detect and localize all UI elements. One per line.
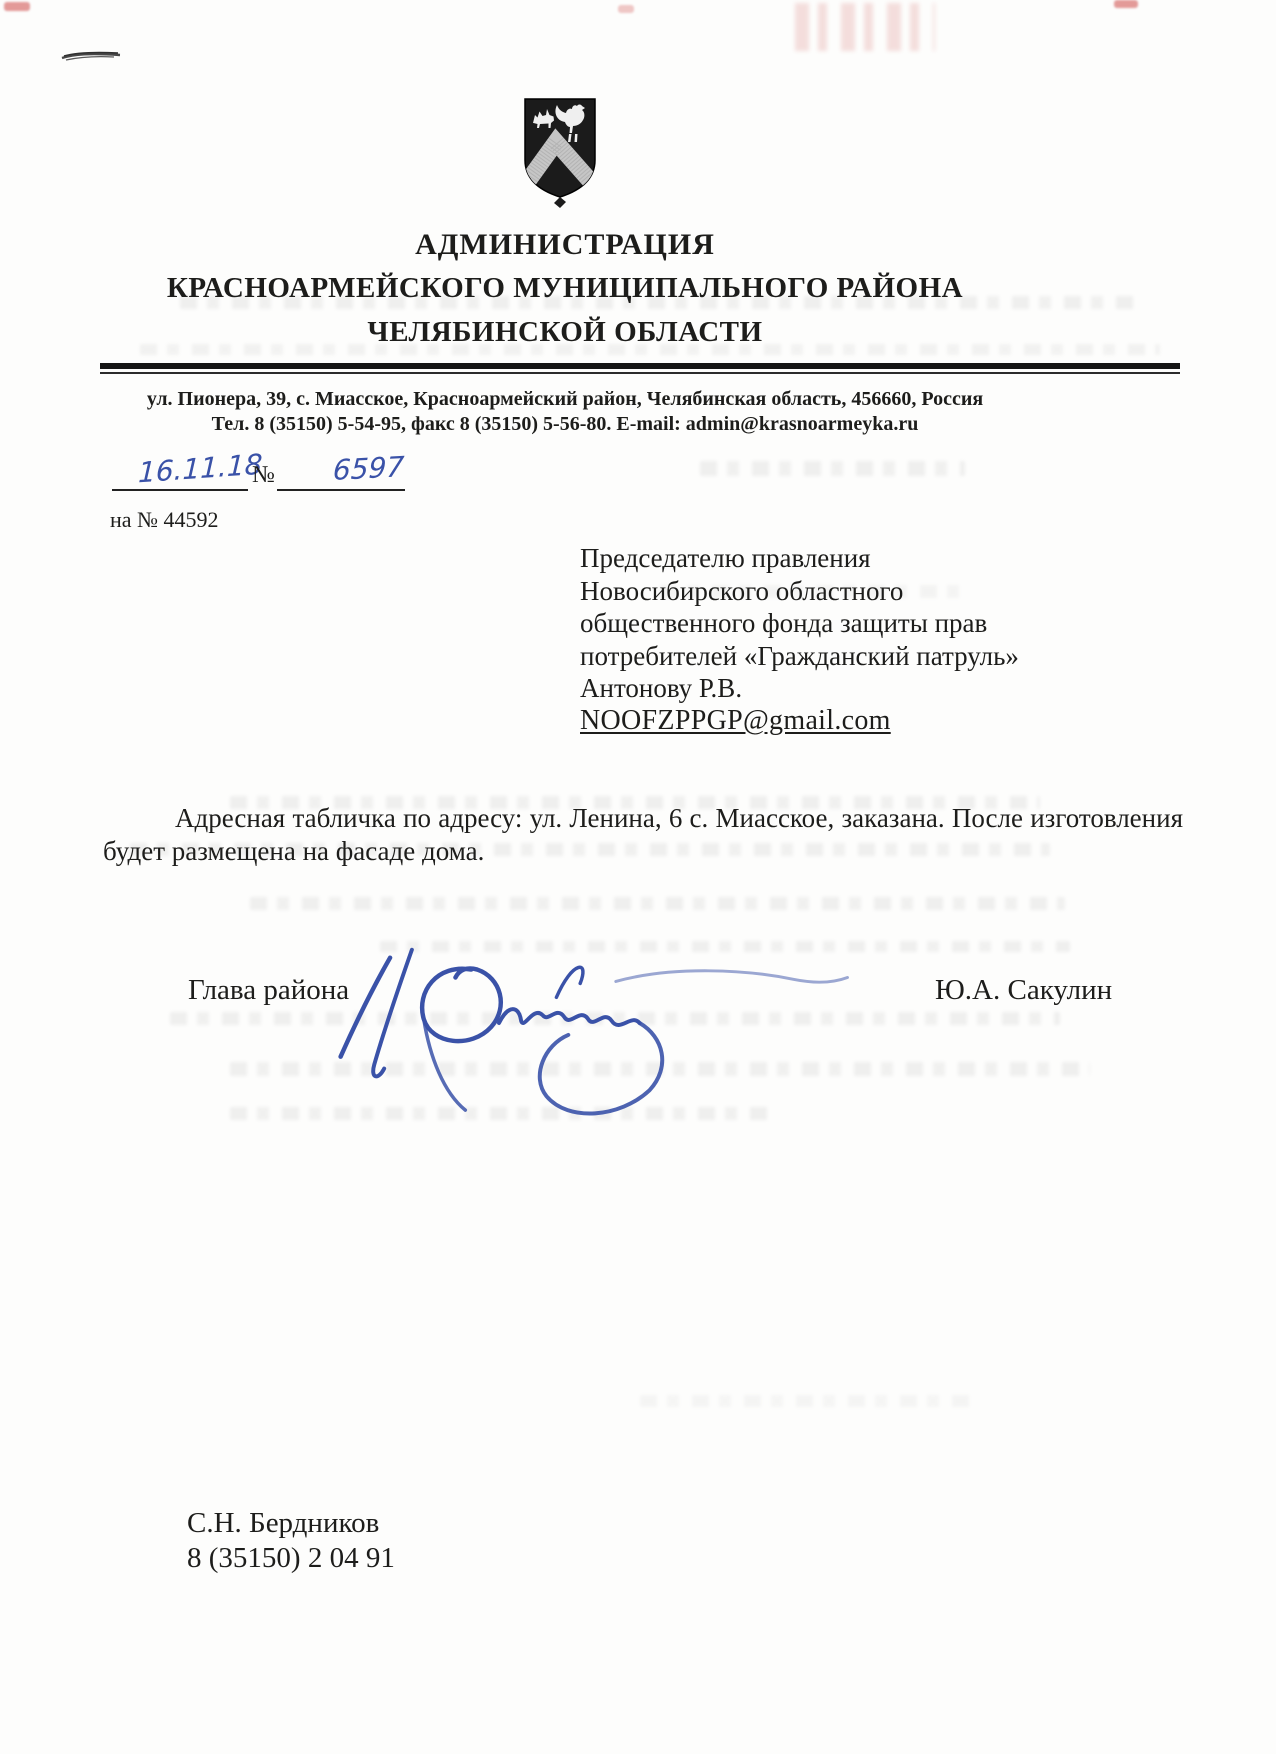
org-name-line2: КРАСНОАРМЕЙСКОГО МУНИЦИПАЛЬНОГО РАЙОНА	[90, 272, 1040, 305]
signature-icon	[318, 926, 878, 1124]
bleed-through-artifact	[250, 897, 1065, 910]
bleed-through-artifact	[640, 1395, 970, 1407]
bleed-through-artifact	[700, 461, 965, 476]
org-name-line1: АДМИНИСТРАЦИЯ	[90, 228, 1040, 262]
number-underline	[277, 489, 405, 491]
scan-artifact-red	[618, 5, 634, 13]
recipient-line: потребителей «Гражданский патруль»	[580, 640, 1060, 673]
letterhead-rule-thick	[100, 363, 1180, 369]
number-sign: №	[252, 462, 275, 489]
date-underline	[112, 489, 248, 491]
recipient-email: NOOFZPPGP@gmail.com	[580, 705, 1060, 738]
recipient-line: Новосибирского областного	[580, 575, 1060, 608]
scan-artifact-red	[4, 2, 30, 11]
executor-name: С.Н. Бердников	[187, 1506, 395, 1541]
executor-phone: 8 (35150) 2 04 91	[187, 1541, 395, 1576]
org-contacts: Тел. 8 (35150) 5-54-95, факс 8 (35150) 5…	[90, 413, 1040, 436]
org-name-line3: ЧЕЛЯБИНСКОЙ ОБЛАСТИ	[90, 316, 1040, 349]
scan-artifact-red-bleed	[795, 3, 935, 51]
reply-reference: на № 44592	[110, 507, 219, 533]
signatory-name: Ю.А. Сакулин	[935, 974, 1112, 1007]
scan-artifact-red	[1114, 0, 1138, 8]
letter-body-paragraph: Адресная табличка по адресу: ул. Ленина,…	[103, 802, 1183, 868]
recipient-name: Антонову Р.В.	[580, 672, 1060, 705]
recipient-line: общественного фонда защиты прав	[580, 607, 1060, 640]
handwritten-outgoing-number: 6597	[332, 450, 405, 487]
recipient-block: Председателю правления Новосибирского об…	[580, 542, 1060, 738]
scan-smudge	[60, 48, 122, 62]
coat-of-arms-icon	[520, 96, 600, 208]
handwritten-date: 16.11.18	[138, 448, 264, 490]
scanned-letter-page: АДМИНИСТРАЦИЯ КРАСНОАРМЕЙСКОГО МУНИЦИПАЛ…	[0, 0, 1276, 1754]
letterhead-rule-thin	[100, 372, 1180, 374]
recipient-line: Председателю правления	[580, 542, 1060, 575]
executor-block: С.Н. Бердников 8 (35150) 2 04 91	[187, 1506, 395, 1576]
org-address: ул. Пионера, 39, с. Миасское, Красноарме…	[90, 388, 1040, 411]
shield-finial	[554, 197, 566, 208]
